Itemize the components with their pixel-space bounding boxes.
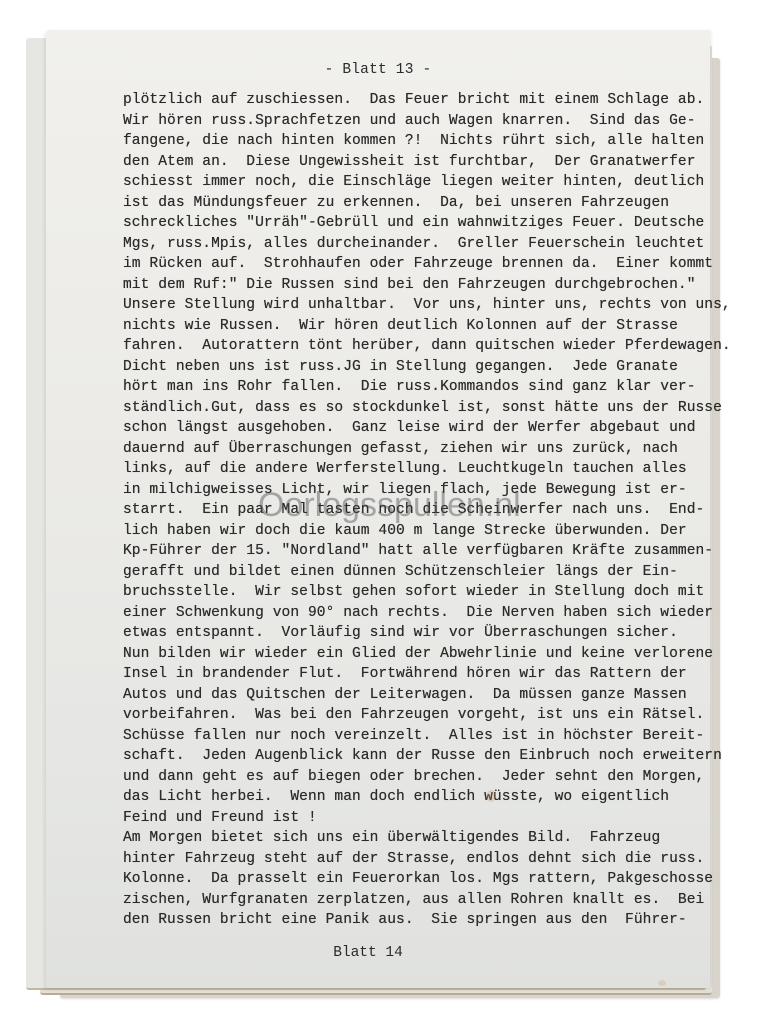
text-line: starrt. Ein paar Mal tasten noch die Sch… bbox=[123, 500, 723, 521]
text-line: hinter Fahrzeug steht auf der Strasse, e… bbox=[123, 849, 723, 870]
text-line: hört man ins Rohr fallen. Die russ.Komma… bbox=[123, 377, 723, 398]
text-line: Nun bilden wir wieder ein Glied der Abwe… bbox=[123, 644, 723, 665]
text-line: Kp-Führer der 15. "Nordland" hatt alle v… bbox=[123, 541, 723, 562]
text-line: in milchigweisses Licht, wir liegen flac… bbox=[123, 480, 723, 501]
text-line: schreckliches "Urräh"-Gebrüll und ein wa… bbox=[123, 213, 723, 234]
body-text: plötzlich auf zuschiessen. Das Feuer bri… bbox=[123, 90, 723, 931]
text-line: und dann geht es auf biegen oder brechen… bbox=[123, 767, 723, 788]
text-line: nichts wie Russen. Wir hören deutlich Ko… bbox=[123, 316, 723, 337]
text-line: Feind und Freund ist ! bbox=[123, 808, 723, 829]
text-line: gerafft und bildet einen dünnen Schützen… bbox=[123, 562, 723, 583]
text-line: links, auf die andere Werferstellung. Le… bbox=[123, 459, 723, 480]
text-line: plötzlich auf zuschiessen. Das Feuer bri… bbox=[123, 90, 723, 111]
text-line: bruchsstelle. Wir selbst gehen sofort wi… bbox=[123, 582, 723, 603]
paper-stain bbox=[658, 980, 666, 986]
text-line: Unsere Stellung wird unhaltbar. Vor uns,… bbox=[123, 295, 723, 316]
typewritten-page: - Blatt 13 - plötzlich auf zuschiessen. … bbox=[46, 30, 710, 988]
text-line: mit dem Ruf:" Die Russen sind bei den Fa… bbox=[123, 275, 723, 296]
text-line: Dicht neben uns ist russ.JG in Stellung … bbox=[123, 357, 723, 378]
page-header: - Blatt 13 - bbox=[46, 62, 710, 78]
text-line: Insel in brandender Flut. Fortwährend hö… bbox=[123, 664, 723, 685]
text-line: Kolonne. Da prasselt ein Feuerorkan los.… bbox=[123, 869, 723, 890]
text-line: den Russen bricht eine Panik aus. Sie sp… bbox=[123, 910, 723, 931]
text-line: etwas entspannt. Vorläufig sind wir vor … bbox=[123, 623, 723, 644]
text-line: Am Morgen bietet sich uns ein überwältig… bbox=[123, 828, 723, 849]
paper-stain bbox=[486, 790, 496, 802]
text-line: im Rücken auf. Strohhaufen oder Fahrzeug… bbox=[123, 254, 723, 275]
text-line: den Atem an. Diese Ungewissheit ist furc… bbox=[123, 152, 723, 173]
text-line: schiesst immer noch, die Einschläge lieg… bbox=[123, 172, 723, 193]
text-line: Wir hören russ.Sprachfetzen und auch Wag… bbox=[123, 111, 723, 132]
text-line: Autos und das Quitschen der Leiterwagen.… bbox=[123, 685, 723, 706]
page-footer: Blatt 14 bbox=[46, 945, 710, 961]
text-line: dauernd auf Überraschungen gefasst, zieh… bbox=[123, 439, 723, 460]
text-line: ist das Mündungsfeuer zu erkennen. Da, b… bbox=[123, 193, 723, 214]
text-line: einer Schwenkung von 90° nach rechts. Di… bbox=[123, 603, 723, 624]
text-line: schaft. Jeden Augenblick kann der Russe … bbox=[123, 746, 723, 767]
text-line: Schüsse fallen nur noch vereinzelt. Alle… bbox=[123, 726, 723, 747]
text-line: zischen, Wurfgranaten zerplatzen, aus al… bbox=[123, 890, 723, 911]
text-line: vorbeifahren. Was bei den Fahrzeugen vor… bbox=[123, 705, 723, 726]
text-line: schon längst ausgehoben. Ganz leise wird… bbox=[123, 418, 723, 439]
text-line: fangene, die nach hinten kommen ?! Nicht… bbox=[123, 131, 723, 152]
text-line: ständlich.Gut, dass es so stockdunkel is… bbox=[123, 398, 723, 419]
text-line: das Licht herbei. Wenn man doch endlich … bbox=[123, 787, 723, 808]
text-line: Mgs, russ.Mpis, alles durcheinander. Gre… bbox=[123, 234, 723, 255]
text-line: fahren. Autorattern tönt herüber, dann q… bbox=[123, 336, 723, 357]
text-line: lich haben wir doch die kaum 400 m lange… bbox=[123, 521, 723, 542]
